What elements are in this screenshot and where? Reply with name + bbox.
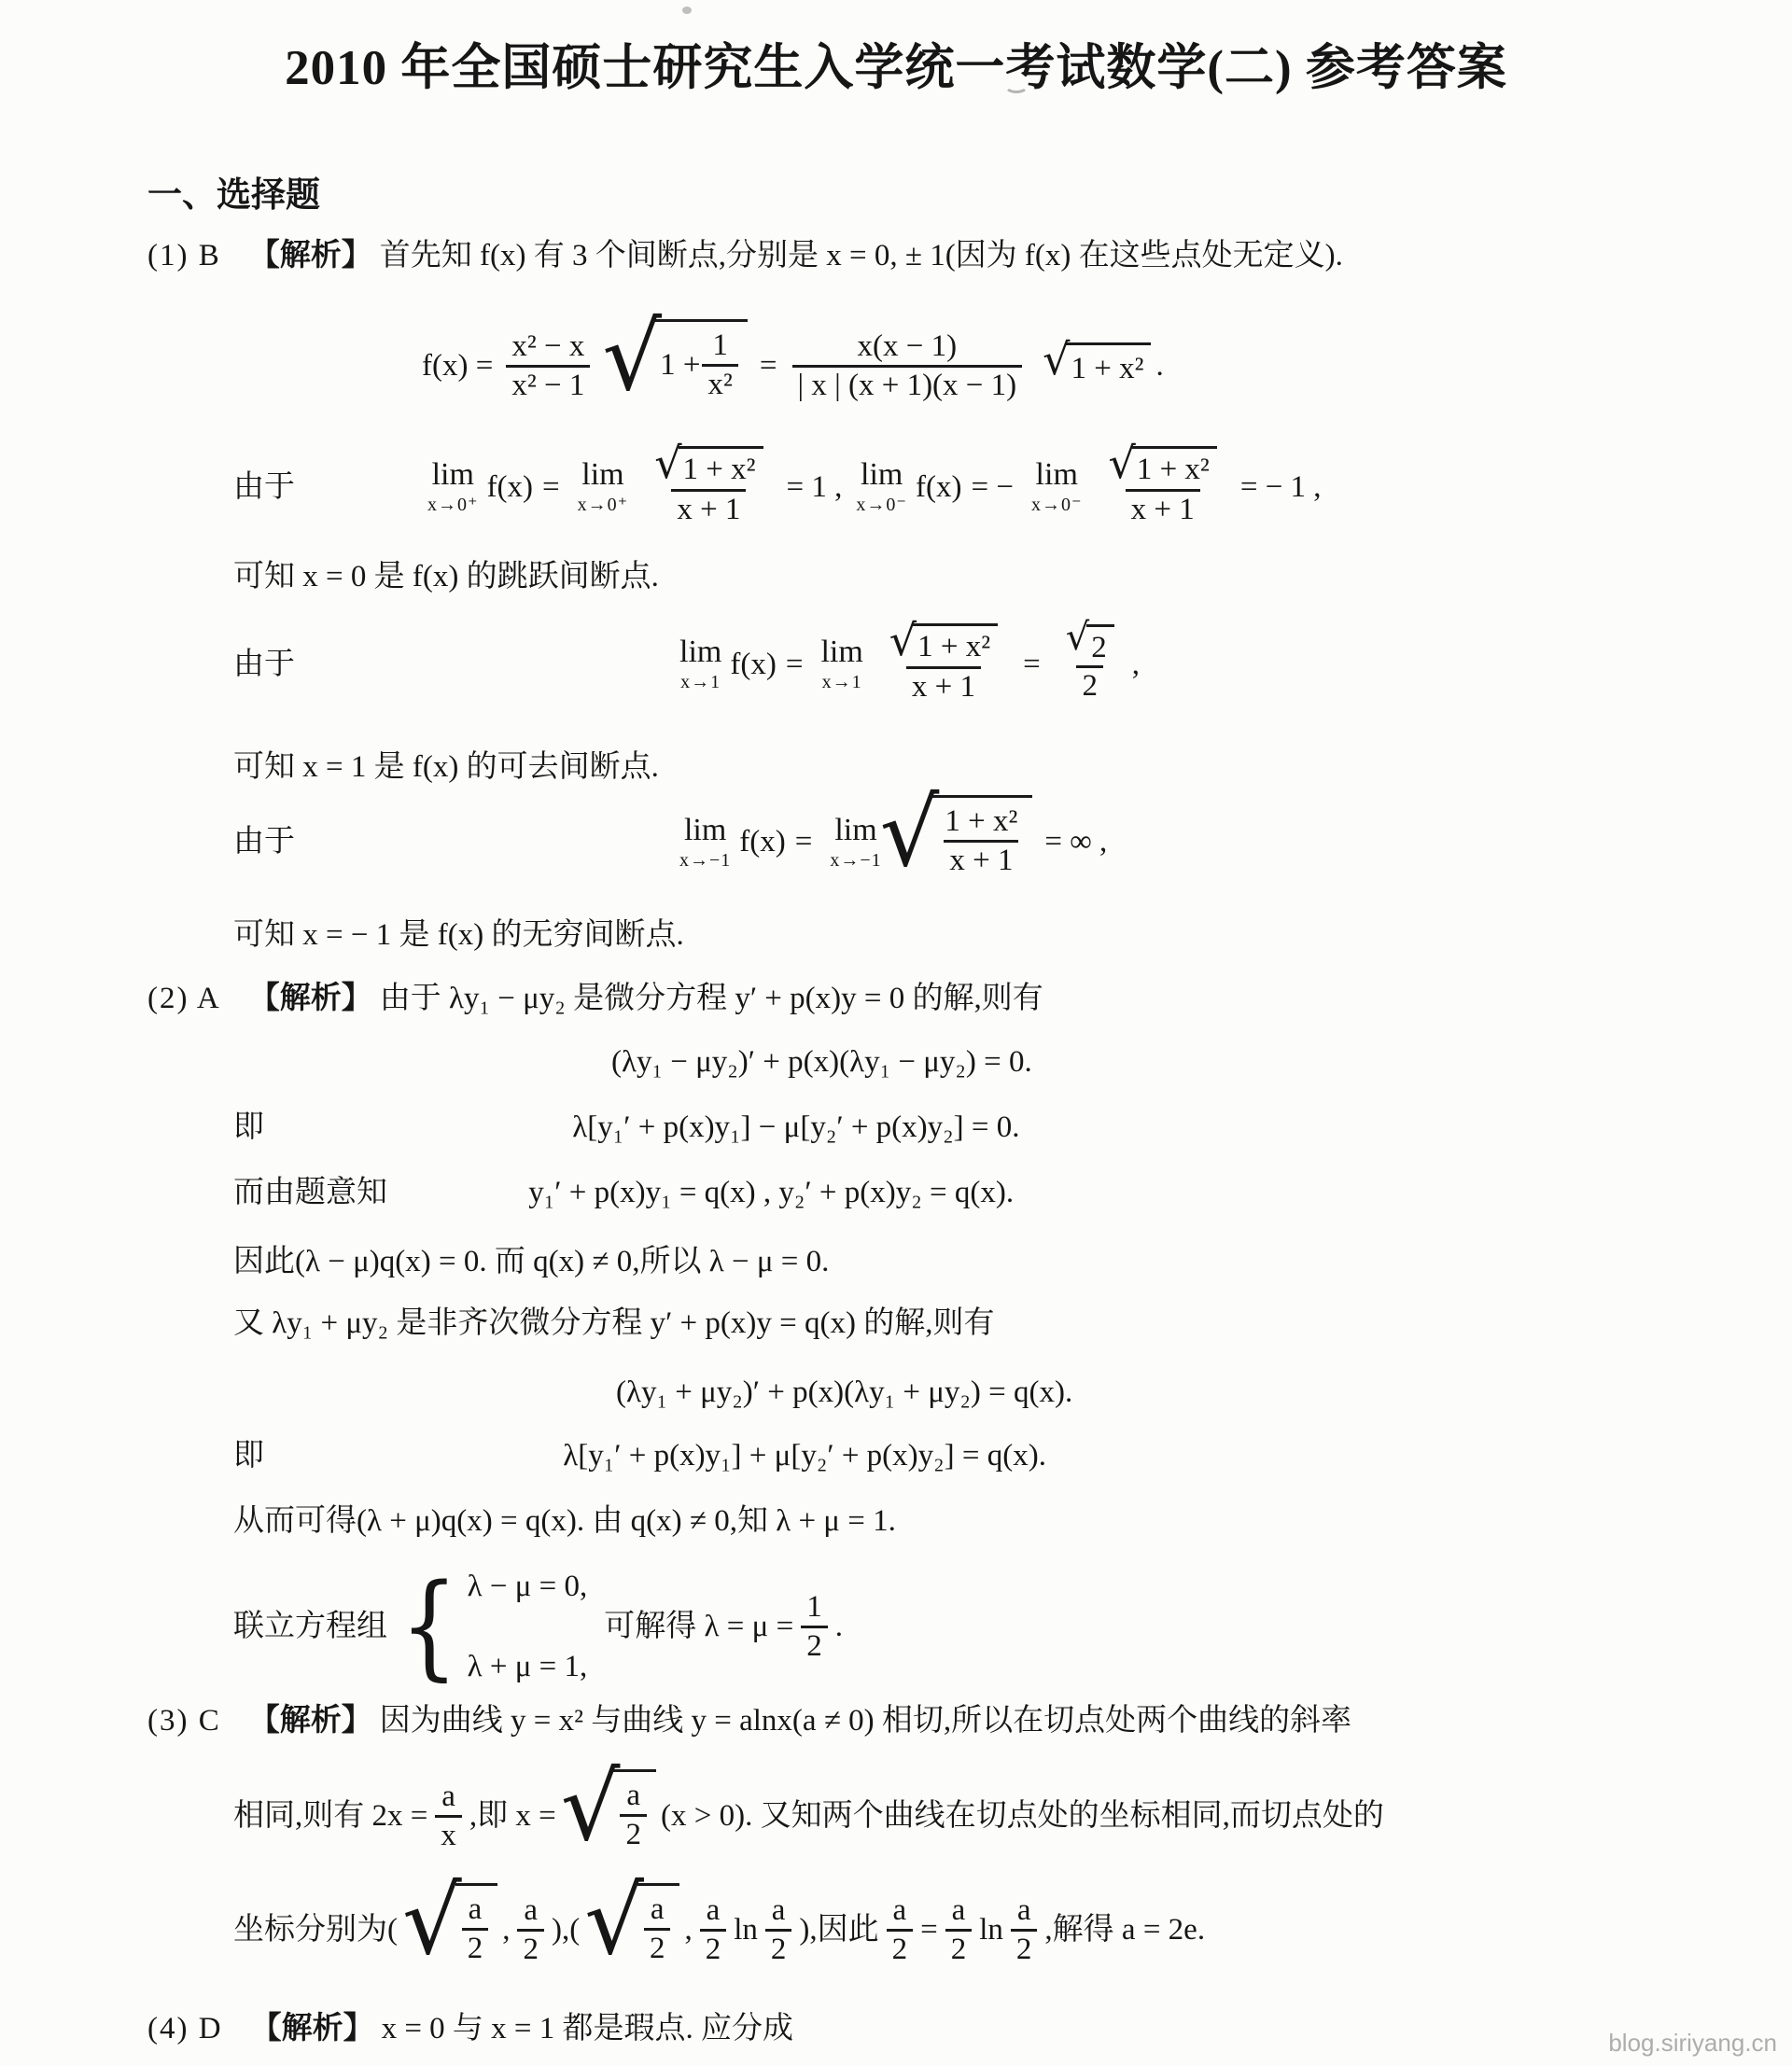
lim-subscript: x→0⁺ <box>578 496 629 514</box>
q3-text-1: 相同,则有 2x = <box>233 1795 427 1836</box>
lim-word: lim <box>581 459 623 491</box>
q2-number: (2) A <box>147 982 221 1015</box>
q1-limit-line-0: 由于 lim x→0⁺ f(x) = lim x→0⁺ √ 1 + x² x +… <box>233 446 1322 528</box>
radical-icon: √ <box>561 1761 621 1854</box>
sqrt: √ 1 + x² <box>1043 342 1151 389</box>
radicand: 1 + x² <box>679 446 763 488</box>
radicand: 1 + x² <box>913 623 998 665</box>
sqrt: √ 1 + x² <box>654 446 763 489</box>
system-rows: λ − μ = 0, λ + μ = 1, <box>468 1566 588 1687</box>
equals: = <box>760 345 777 386</box>
radicand: 1 + x² <box>1066 342 1151 389</box>
equals: = <box>1023 644 1041 685</box>
denominator: 2 <box>620 1814 647 1853</box>
ertiyi-label: 而由题意知 <box>233 1176 387 1209</box>
comma: , <box>684 1909 692 1950</box>
fraction: 1 x² <box>702 328 737 403</box>
q2-line-8: 从而可得(λ + μ)q(x) = q(x). 由 q(x) ≠ 0,知 λ +… <box>233 1501 896 1542</box>
numerator: a <box>766 1892 791 1929</box>
lim-subscript: x→0⁻ <box>1031 496 1083 514</box>
period: . <box>1155 345 1163 386</box>
analysis-tag: 【解析】 <box>249 982 372 1015</box>
radicand-text: 1 + <box>660 344 700 385</box>
numerator: √ 2 <box>1056 624 1125 666</box>
fraction: a 2 <box>945 1892 973 1968</box>
lim-subscript: x→0⁺ <box>427 496 479 514</box>
ln-word: ln <box>979 1909 1003 1950</box>
analysis-tag: 【解析】 <box>251 2012 374 2045</box>
q1-conclusion-0: 可知 x = 0 是 f(x) 的跳跃间断点. <box>233 556 659 597</box>
denominator: x + 1 <box>906 666 981 705</box>
equals: = <box>542 467 560 508</box>
limit: lim x→0⁻ <box>856 459 907 514</box>
comma: , <box>1132 644 1140 685</box>
denominator: 2 <box>1076 665 1103 705</box>
denominator: 2 <box>1011 1929 1038 1968</box>
lim-subscript: x→−1 <box>830 851 881 870</box>
system-eq-bottom: λ + μ = 1, <box>468 1646 588 1687</box>
result: = − 1 , <box>1240 467 1322 508</box>
q1-limit-line-2: 由于 lim x→−1 f(x) = lim x→−1 √ 1 + x² x +… <box>233 795 1107 888</box>
q1-conclusion-2: 可知 x = − 1 是 f(x) 的无穷间断点. <box>233 914 684 956</box>
sqrt: √ a 2 <box>402 1883 497 1976</box>
numerator: a <box>701 1892 726 1929</box>
q2-equation-7: λ[y₁′ + p(x)y₁] + μ[y₂′ + p(x)y₂] = q(x)… <box>563 1439 1046 1473</box>
fraction: √ 1 + x² x + 1 <box>644 446 773 528</box>
fraction: a 2 <box>887 1892 914 1968</box>
fraction: a 2 <box>462 1892 489 1967</box>
page-title: 2010 年全国硕士研究生入学统一考试数学(二) 参考答案 <box>0 37 1792 99</box>
youyu-label: 由于 <box>233 644 295 685</box>
q2-ji-line-2: 即 λ[y₁′ + p(x)y₁] + μ[y₂′ + p(x)y₂] = q(… <box>233 1435 1046 1476</box>
radical-icon: √ <box>1066 619 1090 656</box>
lim-word: lim <box>820 636 862 668</box>
ji-label: 即 <box>233 1110 264 1144</box>
limit: lim x→1 <box>679 636 721 691</box>
numerator: 1 <box>801 1589 828 1626</box>
sqrt: √ 1 + x² x + 1 <box>880 795 1033 888</box>
q3-text-4: 坐标分别为( <box>233 1909 398 1950</box>
lim-subscript: x→−1 <box>679 851 731 870</box>
fx: f(x) <box>739 821 785 862</box>
q4-number: (4) D <box>147 2012 223 2045</box>
q3-text-5: ),( <box>552 1909 580 1950</box>
sqrt: √ a 2 <box>584 1883 679 1976</box>
fraction: a x <box>435 1779 462 1854</box>
fx: f(x) <box>487 467 533 508</box>
system-eq-top: λ − μ = 0, <box>468 1566 588 1607</box>
q2-line-4: 因此(λ − μ)q(x) = 0. 而 q(x) ≠ 0,所以 λ − μ =… <box>233 1241 829 1282</box>
numerator: a <box>645 1892 670 1928</box>
q3-text-6: ),因此 <box>799 1909 878 1950</box>
sqrt: √ 1 + x² <box>1109 446 1217 489</box>
sqrt: √ 1 + x² <box>889 623 998 666</box>
lim-subscript: x→1 <box>822 673 862 691</box>
radicand: 1 + x² <box>1132 446 1217 488</box>
q4-intro-line: (4) D【解析】x = 0 与 x = 1 都是瑕点. 应分成 <box>147 2008 793 2049</box>
fx: f(x) <box>916 467 961 508</box>
q2-equation-1: (λy₁ − μy₂)′ + p(x)(λy₁ − μy₂) = 0. <box>611 1041 1032 1082</box>
q3-intro-text: 因为曲线 y = x² 与曲线 y = alnx(a ≠ 0) 相切,所以在切点… <box>380 1704 1351 1738</box>
watermark: blog.siriyang.cn <box>1608 2029 1777 2058</box>
scan-artifact <box>682 7 692 14</box>
q1-number: (1) B <box>147 239 221 272</box>
fraction: √ 2 2 <box>1056 624 1125 705</box>
document-page: 2010 年全国硕士研究生入学统一考试数学(二) 参考答案 一、选择题 (1) … <box>0 0 1792 2066</box>
q4-text: x = 0 与 x = 1 都是瑕点. 应分成 <box>382 2012 793 2045</box>
equals: = <box>795 821 813 862</box>
fraction: a 2 <box>620 1778 647 1853</box>
system-solve-text: 可解得 λ = μ = <box>604 1606 793 1647</box>
sqrt: √ 2 <box>1066 624 1114 666</box>
fraction: a 2 <box>644 1892 671 1967</box>
period: . <box>835 1606 843 1647</box>
q3-line-3: 坐标分别为( √ a 2 , a 2 ),( √ a 2 , <box>233 1883 1205 1976</box>
lianli-label: 联立方程组 <box>233 1606 387 1647</box>
numerator: a <box>946 1892 972 1929</box>
limit: lim x→−1 <box>830 815 881 870</box>
lim-word: lim <box>834 815 876 846</box>
lim-word: lim <box>684 815 726 846</box>
youyu-label: 由于 <box>233 821 295 862</box>
q3-number: (3) C <box>147 1704 221 1738</box>
q3-text-3: (x > 0). 又知两个曲线在切点处的坐标相同,而切点处的 <box>661 1795 1384 1836</box>
result: = 1 , <box>787 467 843 508</box>
denominator: 2 <box>887 1929 914 1968</box>
numerator: a <box>436 1779 461 1815</box>
lim-subscript: x→0⁻ <box>856 496 907 514</box>
q2-intro-text: 由于 λy₁ − μy₂ 是微分方程 y′ + p(x)y = 0 的解,则有 <box>380 982 1043 1015</box>
denominator: x + 1 <box>1126 489 1200 528</box>
q2-ji-line-1: 即 λ[y₁′ + p(x)y₁] − μ[y₂′ + p(x)y₂] = 0. <box>233 1107 1020 1148</box>
ji-label: 即 <box>233 1439 264 1473</box>
fraction: x² − x x² − 1 <box>506 328 590 404</box>
limit: lim x→1 <box>820 636 862 691</box>
fraction: x(x − 1) | x | (x + 1)(x − 1) <box>792 328 1023 404</box>
q1-conclusion-1: 可知 x = 1 是 f(x) 的可去间断点. <box>233 747 659 788</box>
q3-intro-line: (3) C【解析】因为曲线 y = x² 与曲线 y = alnx(a ≠ 0)… <box>147 1700 1351 1741</box>
q1-intro-text: 首先知 f(x) 有 3 个间断点,分别是 x = 0, ± 1(因为 f(x)… <box>380 239 1343 272</box>
analysis-tag: 【解析】 <box>249 1704 372 1738</box>
fraction: 1 + x² x + 1 <box>939 803 1023 879</box>
radicand: 2 <box>1086 624 1114 666</box>
q2-intro-line: (2) A【解析】由于 λy₁ − μy₂ 是微分方程 y′ + p(x)y =… <box>147 978 1043 1019</box>
q2-equation-6: (λy₁ + μy₂)′ + p(x)(λy₁ + μy₂) = q(x). <box>616 1372 1072 1413</box>
radical-icon: √ <box>584 1875 644 1968</box>
comma: , <box>502 1909 510 1950</box>
limit: lim x→0⁻ <box>1031 459 1083 514</box>
fraction: a 2 <box>1011 1892 1038 1968</box>
q2-line-5: 又 λy₁ + μy₂ 是非齐次微分方程 y′ + p(x)y = q(x) 的… <box>233 1303 994 1344</box>
radicand: 1 + x² x + 1 <box>932 795 1032 879</box>
q3-text-7: ,解得 a = 2e. <box>1044 1909 1205 1950</box>
ln-word: ln <box>734 1909 758 1950</box>
result: = ∞ , <box>1044 821 1107 862</box>
radical-icon: √ <box>880 787 940 880</box>
radical-icon: √ <box>1043 338 1070 381</box>
lim-word: lim <box>1036 459 1078 491</box>
numerator: √ 1 + x² <box>1099 446 1227 489</box>
fraction: 1 2 <box>801 1589 828 1665</box>
limit: lim x→−1 <box>679 815 731 870</box>
denominator: 2 <box>765 1929 792 1968</box>
numerator: √ 1 + x² <box>879 623 1008 666</box>
denominator: | x | (x + 1)(x − 1) <box>792 365 1023 404</box>
denominator: 2 <box>517 1929 544 1968</box>
denominator: x² − 1 <box>506 365 590 404</box>
numerator: a <box>888 1892 913 1929</box>
denominator: x + 1 <box>944 840 1018 879</box>
q1-limit-line-1: 由于 lim x→1 f(x) = lim x→1 √ 1 + x² x + 1… <box>233 623 1140 705</box>
fx-lhs: f(x) = <box>422 345 493 386</box>
denominator: 2 <box>644 1928 671 1967</box>
lim-word: lim <box>432 459 474 491</box>
radical-icon: √ <box>602 311 662 404</box>
lim-word: lim <box>861 459 903 491</box>
q2-equation-3: y₁′ + p(x)y₁ = q(x) , y₂′ + p(x)y₂ = q(x… <box>528 1176 1014 1209</box>
q1-formula-fx: f(x) = x² − x x² − 1 √ 1 + 1 x² = x(x − … <box>422 319 1164 412</box>
limit: lim x→0⁺ <box>578 459 629 514</box>
numerator: a <box>621 1778 646 1814</box>
radicand: 1 + 1 x² <box>655 319 748 403</box>
section-heading: 一、选择题 <box>147 175 320 216</box>
denominator: x <box>435 1815 462 1854</box>
radical-icon: √ <box>1109 441 1136 484</box>
numerator: x² − x <box>506 328 590 365</box>
q2-system-line: 联立方程组 { λ − μ = 0, λ + μ = 1, 可解得 λ = μ … <box>233 1566 843 1687</box>
denominator: x + 1 <box>671 489 746 528</box>
denominator: 2 <box>801 1626 828 1665</box>
radical-icon: √ <box>654 441 681 484</box>
numerator: 1 <box>707 328 734 364</box>
fx: f(x) <box>730 644 776 685</box>
fraction: a 2 <box>700 1892 727 1968</box>
numerator: a <box>1012 1892 1037 1929</box>
numerator: 1 + x² <box>939 803 1023 840</box>
analysis-tag: 【解析】 <box>249 239 372 272</box>
q2-equation-2: λ[y₁′ + p(x)y₁] − μ[y₂′ + p(x)y₂] = 0. <box>572 1110 1019 1144</box>
lim-word: lim <box>679 636 721 668</box>
q3-line-2: 相同,则有 2x = a x ,即 x = √ a 2 (x > 0). 又知两… <box>233 1769 1384 1863</box>
sqrt: √ 1 + 1 x² <box>602 319 748 412</box>
fraction: √ 1 + x² x + 1 <box>1099 446 1227 528</box>
radical-icon: √ <box>889 619 917 662</box>
numerator: a <box>463 1892 488 1928</box>
q2-tiyi-line: 而由题意知 y₁′ + p(x)y₁ = q(x) , y₂′ + p(x)y₂… <box>233 1172 1014 1213</box>
fraction: √ 1 + x² x + 1 <box>879 623 1008 705</box>
q1-intro-line: (1) B【解析】首先知 f(x) 有 3 个间断点,分别是 x = 0, ± … <box>147 235 1343 276</box>
limit: lim x→0⁺ <box>427 459 479 514</box>
denominator: 2 <box>700 1929 727 1968</box>
numerator: x(x − 1) <box>852 328 963 365</box>
radical-icon: √ <box>402 1875 462 1968</box>
equals: = <box>920 1909 938 1950</box>
numerator: √ 1 + x² <box>644 446 773 489</box>
lim-subscript: x→1 <box>680 673 721 691</box>
denominator: 2 <box>945 1929 973 1968</box>
equals: = <box>786 644 804 685</box>
youyu-label: 由于 <box>233 467 295 508</box>
sqrt: √ a 2 <box>561 1769 656 1863</box>
fraction: a 2 <box>517 1892 544 1968</box>
numerator: a <box>518 1892 543 1929</box>
equals-minus: = − <box>971 467 1013 508</box>
fraction: a 2 <box>765 1892 792 1968</box>
brace-icon: { <box>400 1575 458 1678</box>
denominator: x² <box>702 364 737 403</box>
q3-text-2: ,即 x = <box>469 1795 556 1836</box>
denominator: 2 <box>462 1928 489 1967</box>
